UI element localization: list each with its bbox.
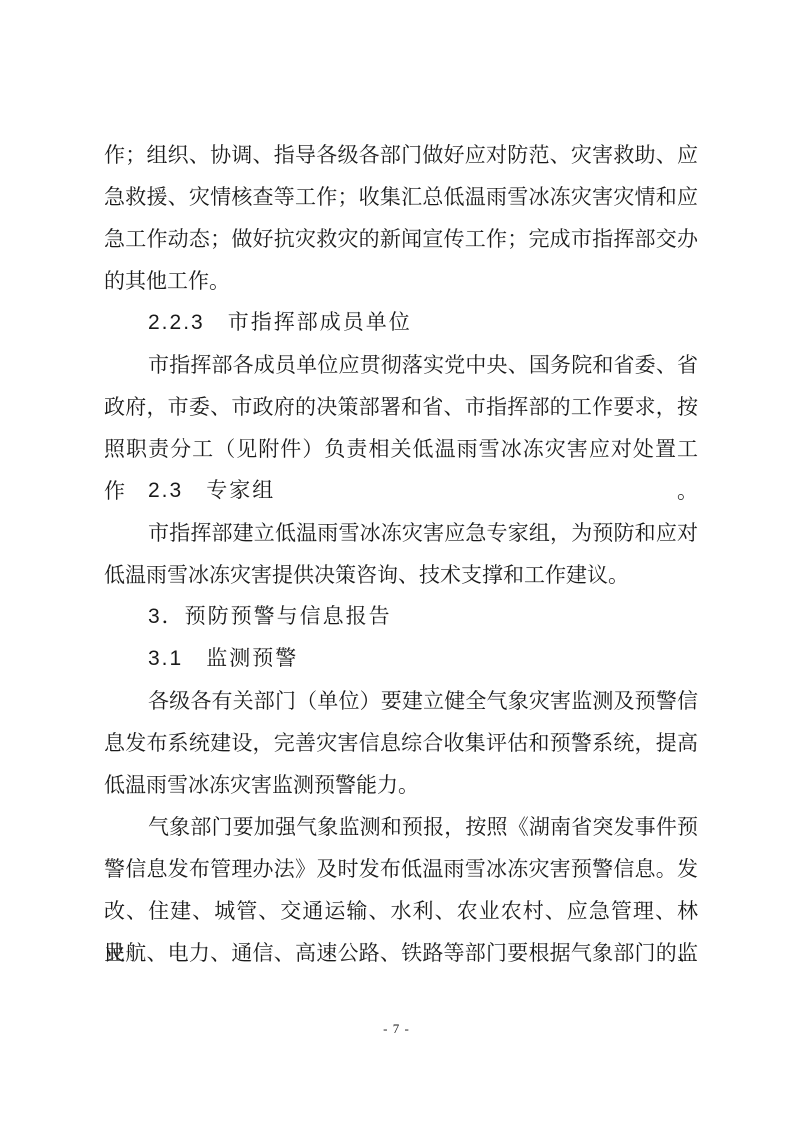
text-line: 低温雨雪冰冻灾害提供决策咨询、技术支撑和工作建议。	[104, 554, 698, 596]
document-page: 作；组织、协调、指导各级各部门做好应对防范、灾害救助、应急救援、灾情核查等工作；…	[0, 0, 793, 1121]
text-line: 气象部门要加强气象监测和预报，按照《湖南省突发事件预	[104, 806, 698, 848]
text-line: 民航、电力、通信、高速公路、铁路等部门要根据气象部门的监	[104, 932, 698, 974]
text-line: 市指挥部各成员单位应贯彻落实党中央、国务院和省委、省	[104, 344, 698, 386]
document-body: 作；组织、协调、指导各级各部门做好应对防范、灾害救助、应急救援、灾情核查等工作；…	[104, 134, 698, 974]
text-line: 的其他工作。	[104, 260, 698, 302]
section-heading: 3.1 监测预警	[104, 638, 698, 680]
text-line: 低温雨雪冰冻灾害监测预警能力。	[104, 764, 698, 806]
section-heading: 2.2.3 市指挥部成员单位	[104, 302, 698, 344]
section-heading: 3．预防预警与信息报告	[104, 596, 698, 638]
text-line: 警信息发布管理办法》及时发布低温雨雪冰冻灾害预警信息。发	[104, 848, 698, 890]
text-line: 照职责分工（见附件）负责相关低温雨雪冰冻灾害应对处置工作。	[104, 428, 698, 470]
text-line: 作；组织、协调、指导各级各部门做好应对防范、灾害救助、应	[104, 134, 698, 176]
text-line: 政府，市委、市政府的决策部署和省、市指挥部的工作要求，按	[104, 386, 698, 428]
page-number: - 7 -	[383, 1021, 410, 1036]
text-line: 息发布系统建设，完善灾害信息综合收集评估和预警系统，提高	[104, 722, 698, 764]
text-line: 各级各有关部门（单位）要建立健全气象灾害监测及预警信	[104, 680, 698, 722]
text-line: 改、住建、城管、交通运输、水利、农业农村、应急管理、林业、	[104, 890, 698, 932]
page-footer: - 7 -	[0, 1020, 793, 1040]
text-line: 急救援、灾情核查等工作；收集汇总低温雨雪冰冻灾害灾情和应	[104, 176, 698, 218]
text-line: 市指挥部建立低温雨雪冰冻灾害应急专家组，为预防和应对	[104, 512, 698, 554]
text-line: 急工作动态；做好抗灾救灾的新闻宣传工作；完成市指挥部交办	[104, 218, 698, 260]
